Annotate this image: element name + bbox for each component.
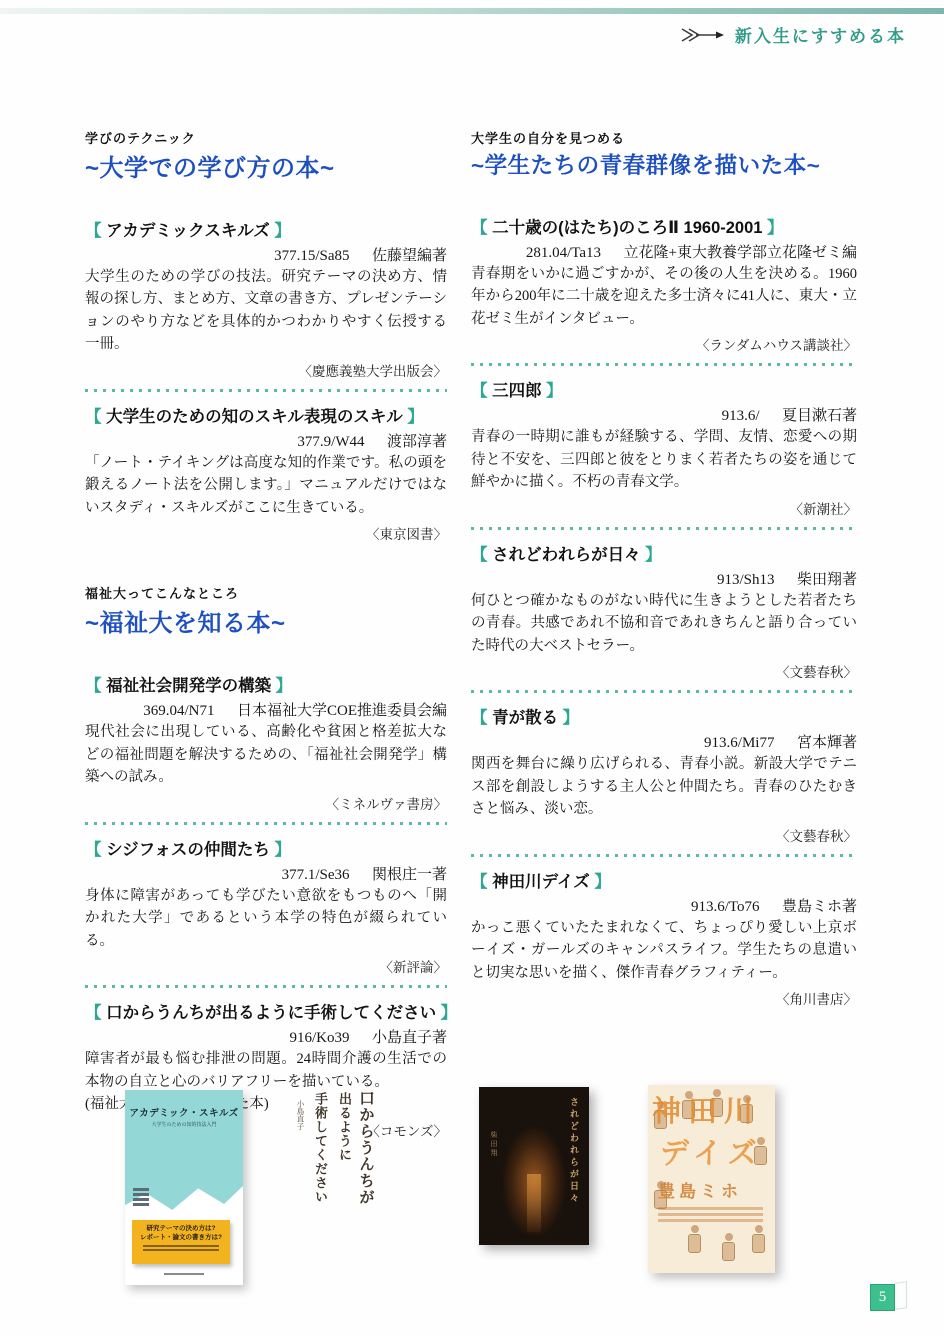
- book-author: 日本福祉大学COE推進委員会編: [237, 703, 447, 719]
- section-title: ~福祉大を知る本~: [85, 603, 447, 638]
- publisher: 〈ミネルヴァ書房〉: [85, 793, 447, 813]
- cover-title-mid: デイズ: [660, 1131, 763, 1172]
- top-accent-bar: [0, 8, 944, 14]
- call-number-line: 377.15/Sa85佐藤望編著: [85, 244, 447, 265]
- bracket-open: 【: [85, 1004, 106, 1022]
- bracket-open: 【: [85, 841, 106, 859]
- call-number-line: 913/Sh13柴田翔著: [471, 568, 857, 589]
- book-title-text: 福祉社会開発学の構築: [106, 677, 271, 695]
- call-number-line: 369.04/N71日本福祉大学COE推進委員会編: [85, 699, 447, 720]
- call-number-line: 913.6/夏目漱石著: [471, 404, 857, 425]
- page-flap-icon: [895, 1281, 907, 1310]
- cover-author-lines: [133, 1188, 149, 1208]
- bracket-close: 】: [590, 873, 611, 891]
- cover-academic-skills: アカデミック・スキルズ 大学生のための知的技法入門 研究テーマの決め方は? レポ…: [125, 1090, 243, 1285]
- fletched-arrow-icon: [680, 27, 726, 43]
- book-description: 「ノート・テイキングは高度な知的作業です。私の頭を鍛えるノート法を公開します。」…: [85, 452, 447, 519]
- book-title-text: されどわれらが日々: [492, 546, 641, 564]
- book-description: 現代社会に出現している、高齢化や貧困と格差拡大などの福祉問題を解決するための、「…: [85, 721, 447, 788]
- publisher: 〈文藝春秋〉: [471, 825, 857, 845]
- cover-author: 小島直子: [295, 1090, 306, 1268]
- bracket-close: 】: [558, 709, 579, 727]
- book-entry: 【 神田川デイズ 】 913.6/To76豊島ミホ著 かっこ悪くていたたまれなく…: [471, 868, 857, 1008]
- cover-title-line-1: 口からうんちが: [354, 1090, 376, 1268]
- call-number: 913.6/Mi77: [704, 735, 774, 751]
- book-author: 立花隆+東大教養学部立花隆ゼミ編: [624, 245, 857, 261]
- book-title: 【 三四郎 】: [471, 377, 857, 401]
- booklet-page: 新入生にすすめる本 学びのテクニック ~大学での学び方の本~ 【 アカデミックス…: [0, 0, 944, 1336]
- publisher: 〈ランダムハウス講談社〉: [471, 334, 857, 354]
- call-number: 377.9/W44: [297, 434, 364, 450]
- call-number-line: 377.9/W44渡部淳著: [85, 430, 447, 451]
- book-entry: 【 福祉社会開発学の構築 】 369.04/N71日本福祉大学COE推進委員会編…: [85, 672, 447, 812]
- book-entry: 【 二十歳の(はたち)のころⅡ 1960-2001 】 281.04/Ta13立…: [471, 214, 857, 354]
- book-title: 【 大学生のための知のスキル表現のスキル 】: [85, 403, 447, 427]
- book-covers-strip: アカデミック・スキルズ 大学生のための知的技法入門 研究テーマの決め方は? レポ…: [0, 1080, 944, 1300]
- book-description: 関西を舞台に繰り広げられる、青春小説。新設大学でテニス部を創設しようする主人公と…: [471, 753, 857, 820]
- dotted-separator: [471, 363, 857, 366]
- book-author: 豊島ミホ著: [782, 899, 857, 915]
- bracket-open: 【: [471, 219, 492, 237]
- book-entry: 【 青が散る 】 913.6/Mi77宮本輝著 関西を舞台に繰り広げられる、青春…: [471, 704, 857, 844]
- call-number-line: 913.6/To76豊島ミホ著: [471, 895, 857, 916]
- book-description: 青春期をいかに過ごすかが、その後の人生を決める。1960年から200年に二十歳を…: [471, 263, 857, 330]
- book-title: 【 福祉社会開発学の構築 】: [85, 672, 447, 696]
- call-number: 377.15/Sa85: [274, 248, 349, 264]
- book-author: 柴田翔著: [797, 572, 857, 588]
- call-number: 913.6/: [722, 408, 760, 424]
- bracket-open: 【: [471, 873, 492, 891]
- book-author: 佐藤望編著: [372, 248, 447, 264]
- bracket-close: 】: [270, 841, 291, 859]
- cover-subtitle: 大学生のための知的技法入門: [125, 1121, 243, 1128]
- cover-yellow-band: 研究テーマの決め方は? レポート・論文の書き方は?: [132, 1220, 230, 1264]
- book-title: 【 青が散る 】: [471, 704, 857, 728]
- book-description: 身体に障害があっても学びたい意欲をもつものへ「開かれた大学」であるという本学の特…: [85, 885, 447, 952]
- book-entry: 【 アカデミックスキルズ 】 377.15/Sa85佐藤望編著 大学生のための学…: [85, 217, 447, 380]
- book-title-text: 三四郎: [492, 382, 542, 400]
- call-number-line: 916/Ko39小島直子著: [85, 1026, 447, 1047]
- bracket-close: 】: [403, 408, 424, 426]
- cover-author: 豊島ミホ: [658, 1177, 742, 1202]
- section-kicker: 学びのテクニック: [85, 128, 447, 147]
- book-title-text: 神田川デイズ: [492, 873, 590, 891]
- cover-kuchikara-unchi: 口からうんちが 出るように 手術してください 小島直子: [290, 1090, 376, 1268]
- page-number-widget: 5: [870, 1284, 907, 1311]
- cover-saredo-warera: されどわれらが日々 柴田翔: [479, 1087, 589, 1245]
- book-title-text: 口からうんちが出るように手術してください: [106, 1004, 436, 1022]
- figure-illustration: [752, 1225, 765, 1253]
- call-number: 916/Ko39: [289, 1030, 349, 1046]
- book-author: 小島直子著: [372, 1030, 447, 1046]
- bracket-open: 【: [471, 709, 492, 727]
- corridor-photo-highlight: [527, 1174, 540, 1232]
- book-title: 【 されどわれらが日々 】: [471, 541, 857, 565]
- book-entry: 【 シジフォスの仲間たち 】 377.1/Se36関根庄一著 身体に障害があって…: [85, 836, 447, 976]
- bracket-open: 【: [85, 677, 106, 695]
- bracket-close: 】: [762, 219, 783, 237]
- figure-illustration: [688, 1225, 701, 1253]
- dotted-separator: [471, 690, 857, 693]
- book-entry: 【 大学生のための知のスキル表現のスキル 】 377.9/W44渡部淳著 「ノー…: [85, 403, 447, 543]
- section-kicker: 大学生の自分を見つめる: [471, 128, 857, 147]
- dotted-separator: [85, 389, 447, 392]
- page-number: 5: [870, 1284, 895, 1311]
- book-entry: 【 されどわれらが日々 】 913/Sh13柴田翔著 何ひとつ確かなものがない時…: [471, 541, 857, 681]
- publisher: 〈新評論〉: [85, 956, 447, 976]
- call-number: 377.1/Se36: [282, 867, 350, 883]
- page-header: 新入生にすすめる本: [680, 22, 906, 47]
- figure-illustration: [722, 1233, 735, 1261]
- book-title: 【 アカデミックスキルズ 】: [85, 217, 447, 241]
- book-description: かっこ悪くていたたまれなくて、ちょっぴり愛しい上京ボーイズ・ガールズのキャンパス…: [471, 917, 857, 984]
- dotted-separator: [471, 527, 857, 530]
- bracket-close: 】: [542, 382, 563, 400]
- call-number: 913/Sh13: [717, 572, 775, 588]
- bracket-open: 【: [85, 222, 106, 240]
- bracket-close: 】: [271, 677, 292, 695]
- section-title: ~学生たちの青春群像を描いた本~: [471, 148, 857, 180]
- book-title: 【 神田川デイズ 】: [471, 868, 857, 892]
- cover-author: 柴田翔: [489, 1131, 499, 1158]
- cover-title: アカデミック・スキルズ: [125, 1105, 243, 1119]
- book-entry: 【 三四郎 】 913.6/夏目漱石著 青春の一時期に誰もが経験する、学問、友情…: [471, 377, 857, 517]
- book-title-text: 大学生のための知のスキル表現のスキル: [106, 408, 403, 426]
- book-title: 【 シジフォスの仲間たち 】: [85, 836, 447, 860]
- call-number-line: 377.1/Se36関根庄一著: [85, 863, 447, 884]
- call-number: 369.04/N71: [143, 703, 214, 719]
- book-title-text: 二十歳の(はたち)のころⅡ 1960-2001: [492, 219, 762, 237]
- section-title: ~大学での学び方の本~: [85, 148, 447, 183]
- section-seishun: 大学生の自分を見つめる ~学生たちの青春群像を描いた本~ 【 二十歳の(はたち)…: [471, 128, 857, 1008]
- left-column: 学びのテクニック ~大学での学び方の本~ 【 アカデミックスキルズ 】 377.…: [85, 128, 447, 1140]
- cover-small-text-lines: [658, 1207, 763, 1225]
- book-description: 青春の一時期に誰もが経験する、学問、友情、恋愛への期待と不安を、三四郎と彼をとり…: [471, 426, 857, 493]
- dotted-separator: [85, 822, 447, 825]
- publisher: 〈東京図書〉: [85, 523, 447, 543]
- dotted-separator: [471, 854, 857, 857]
- right-column: 大学生の自分を見つめる ~学生たちの青春群像を描いた本~ 【 二十歳の(はたち)…: [471, 128, 857, 1008]
- publisher: 〈角川書店〉: [471, 988, 857, 1008]
- book-author: 渡部淳著: [387, 434, 447, 450]
- bracket-close: 】: [270, 222, 291, 240]
- band-line-1: 研究テーマの決め方は?: [132, 1225, 230, 1234]
- call-number-line: 281.04/Ta13立花隆+東大教養学部立花隆ゼミ編: [471, 241, 857, 262]
- bracket-close: 】: [641, 546, 662, 564]
- section-learning: 学びのテクニック ~大学での学び方の本~ 【 アカデミックスキルズ 】 377.…: [85, 128, 447, 543]
- book-title-text: シジフォスの仲間たち: [106, 841, 270, 859]
- book-title: 【 口からうんちが出るように手術してください 】: [85, 999, 447, 1023]
- content-columns: 学びのテクニック ~大学での学び方の本~ 【 アカデミックスキルズ 】 377.…: [85, 128, 857, 1140]
- cover-kandagawa-days: 神田川 デイズ 豊島ミホ: [648, 1085, 775, 1273]
- bracket-open: 【: [471, 546, 492, 564]
- call-number-line: 913.6/Mi77宮本輝著: [471, 731, 857, 752]
- book-description: 大学生のための学びの技法。研究テーマの決め方、情報の探し方、まとめ方、文章の書き…: [85, 266, 447, 356]
- cover-title-line-2: 出るように: [335, 1090, 354, 1268]
- call-number: 913.6/To76: [691, 899, 760, 915]
- book-author: 夏目漱石著: [782, 408, 857, 424]
- bracket-open: 【: [471, 382, 492, 400]
- dotted-separator: [85, 985, 447, 988]
- publisher: 〈新潮社〉: [471, 498, 857, 518]
- publisher: 〈慶應義塾大学出版会〉: [85, 360, 447, 380]
- book-title-text: 青が散る: [492, 709, 558, 727]
- page-header-title: 新入生にすすめる本: [735, 22, 906, 47]
- section-fukushidai: 福祉大ってこんなところ ~福祉大を知る本~ 【 福祉社会開発学の構築 】 369…: [85, 583, 447, 1139]
- bracket-close: 】: [436, 1004, 457, 1022]
- section-kicker: 福祉大ってこんなところ: [85, 583, 447, 602]
- book-title-text: アカデミックスキルズ: [106, 222, 270, 240]
- book-author: 関根庄一著: [372, 867, 447, 883]
- call-number: 281.04/Ta13: [526, 245, 601, 261]
- cover-title-line-3: 手術してください: [311, 1090, 330, 1268]
- book-description: 何ひとつ確かなものがない時代に生きようとした若者たちの青春。共感であれ不協和音で…: [471, 590, 857, 657]
- band-line-2: レポート・論文の書き方は?: [132, 1234, 230, 1243]
- cover-title: されどわれらが日々: [568, 1097, 581, 1205]
- cover-title-top: 神田川: [652, 1089, 760, 1130]
- cover-footer-line: [125, 1262, 243, 1280]
- book-author: 宮本輝著: [797, 735, 857, 751]
- book-title: 【 二十歳の(はたち)のころⅡ 1960-2001 】: [471, 214, 857, 238]
- bracket-open: 【: [85, 408, 106, 426]
- publisher: 〈文藝春秋〉: [471, 661, 857, 681]
